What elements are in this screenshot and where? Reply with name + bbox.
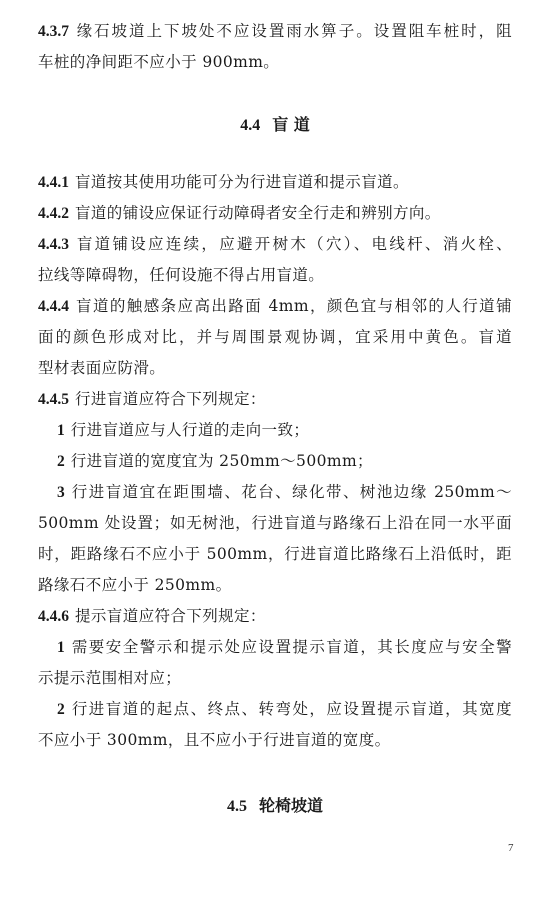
section-title: 轮椅坡道 [259,796,323,815]
spacer [38,756,512,790]
clause-text: 盲道铺设应连续，应避开树木（穴）、电线杆、消火栓、 [75,235,512,253]
clause-number: 4.4.6 [38,608,69,625]
item-text: 行进盲道的起点、终点、转弯处，应设置提示盲道，其宽度 [71,700,512,718]
clause-number: 4.4.2 [38,205,69,222]
clause-4-4-3-line-2: 拉线等障碍物，任何设施不得占用盲道。 [38,260,512,291]
clause-4-4-5-item-3-line-3: 时，距路缘石不应小于 500mm，行进盲道比路缘石上沿低时，距 [38,539,512,570]
clause-number: 4.3.7 [38,23,69,40]
section-number: 4.5 [227,798,247,815]
item-text: 行进盲道应与人行道的走向一致； [71,421,310,439]
clause-text: 提示盲道应符合下列规定： [75,607,266,625]
clause-text: 盲道的触感条应高出路面 4mm，颜色宜与相邻的人行道铺 [75,297,512,315]
item-number: 3 [57,484,65,501]
clause-4-3-7-line-1: 4.3.7缘石坡道上下坡处不应设置雨水箅子。设置阻车桩时，阻 [38,16,512,47]
clause-text: 缘石坡道上下坡处不应设置雨水箅子。设置阻车桩时，阻 [75,22,512,40]
item-number: 1 [57,422,65,439]
clause-number: 4.4.5 [38,391,69,408]
item-number: 2 [57,701,65,718]
clause-4-4-6-item-1-line-2: 示提示范围相对应； [38,663,512,694]
clause-4-4-6-item-2-line-2: 不应小于 300mm，且不应小于行进盲道的宽度。 [38,725,512,756]
clause-4-4-3-line-1: 4.4.3盲道铺设应连续，应避开树木（穴）、电线杆、消火栓、 [38,229,512,260]
clause-4-4-4-line-2: 面的颜色形成对比，并与周围景观协调，宜采用中黄色。盲道 [38,322,512,353]
page-number: 7 [508,842,514,854]
item-number: 1 [57,639,65,656]
section-heading-4-4: 4.4盲 道 [38,109,512,140]
section-title: 盲 道 [272,115,310,134]
section-number: 4.4 [240,117,260,134]
clause-text: 盲道按其使用功能可分为行进盲道和提示盲道。 [75,173,409,191]
clause-number: 4.4.1 [38,174,69,191]
clause-4-4-5-item-3-line-2: 500mm 处设置；如无树池，行进盲道与路缘石上沿在同一水平面 [38,508,512,539]
item-text: 需要安全警示和提示处应设置提示盲道，其长度应与安全警 [71,638,512,656]
clause-number: 4.4.4 [38,298,69,315]
clause-4-4-5: 4.4.5行进盲道应符合下列规定： [38,384,512,415]
clause-4-3-7-line-2: 车桩的净间距不应小于 900mm。 [38,47,512,78]
clause-4-4-6-item-1-line-1: 1需要安全警示和提示处应设置提示盲道，其长度应与安全警 [38,632,512,663]
clause-4-4-4-line-1: 4.4.4盲道的触感条应高出路面 4mm，颜色宜与相邻的人行道铺 [38,291,512,322]
clause-4-4-5-item-3-line-4: 路缘石不应小于 250mm。 [38,570,512,601]
clause-4-4-2: 4.4.2盲道的铺设应保证行动障碍者安全行走和辨别方向。 [38,198,512,229]
clause-number: 4.4.3 [38,236,69,253]
item-text: 行进盲道的宽度宜为 250mm～500mm； [71,452,373,470]
clause-4-4-5-item-1: 1行进盲道应与人行道的走向一致； [38,415,512,446]
clause-4-4-6: 4.4.6提示盲道应符合下列规定： [38,601,512,632]
clause-4-4-1: 4.4.1盲道按其使用功能可分为行进盲道和提示盲道。 [38,167,512,198]
item-number: 2 [57,453,65,470]
clause-4-4-6-item-2-line-1: 2行进盲道的起点、终点、转弯处，应设置提示盲道，其宽度 [38,694,512,725]
document-page: 4.3.7缘石坡道上下坡处不应设置雨水箅子。设置阻车桩时，阻 车桩的净间距不应小… [38,16,512,821]
item-text: 行进盲道宜在距围墙、花台、绿化带、树池边缘 250mm～ [71,483,512,501]
clause-text: 盲道的铺设应保证行动障碍者安全行走和辨别方向。 [75,204,441,222]
clause-4-4-5-item-2: 2行进盲道的宽度宜为 250mm～500mm； [38,446,512,477]
clause-4-4-4-line-3: 型材表面应防滑。 [38,353,512,384]
clause-text: 行进盲道应符合下列规定： [75,390,266,408]
section-heading-4-5: 4.5轮椅坡道 [38,790,512,821]
spacer [38,140,512,167]
clause-4-4-5-item-3-line-1: 3行进盲道宜在距围墙、花台、绿化带、树池边缘 250mm～ [38,477,512,508]
spacer [38,78,512,109]
